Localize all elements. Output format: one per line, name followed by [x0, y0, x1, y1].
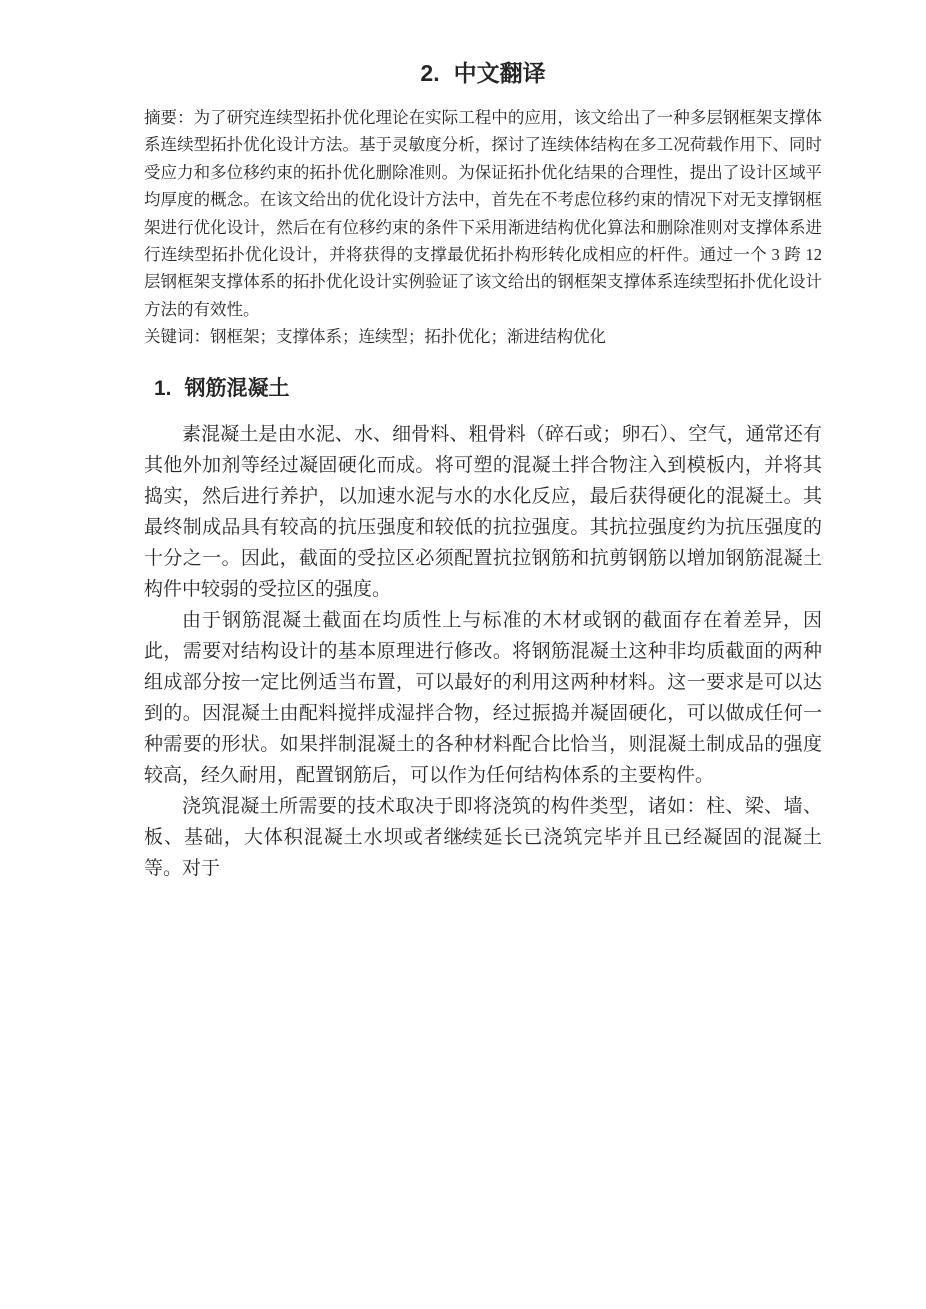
section-number: 1.	[154, 377, 172, 400]
section-title-text: 钢筋混凝土	[185, 377, 290, 400]
page-number: 7	[0, 830, 926, 847]
abstract-label: 摘要：	[144, 108, 194, 127]
abstract: 摘要：为了研究连续型拓扑优化理论在实际工程中的应用，该文给出了一种多层钢框架支撑…	[144, 104, 822, 323]
document-page: 2.中文翻译 摘要：为了研究连续型拓扑优化理论在实际工程中的应用，该文给出了一种…	[144, 0, 822, 884]
keywords: 关键词：钢框架；支撑体系；连续型；拓扑优化；渐进结构优化	[144, 323, 822, 350]
body-paragraph-2: 由于钢筋混凝土截面在均质性上与标准的木材或钢的截面存在着差异，因此，需要对结构设…	[144, 605, 822, 791]
body-paragraph-1: 素混凝土是由水泥、水、细骨料、粗骨料（碎石或；卵石）、空气，通常还有其他外加剂等…	[144, 419, 822, 605]
title-text: 中文翻译	[454, 60, 546, 86]
keywords-label: 关键词：	[144, 327, 210, 346]
title-number: 2.	[420, 60, 439, 86]
page-title: 2.中文翻译	[144, 57, 822, 89]
abstract-text: 为了研究连续型拓扑优化理论在实际工程中的应用，该文给出了一种多层钢框架支撑体系连…	[144, 108, 822, 319]
keywords-text: 钢框架；支撑体系；连续型；拓扑优化；渐进结构优化	[210, 327, 606, 346]
section-heading: 1.钢筋混凝土	[154, 374, 822, 404]
